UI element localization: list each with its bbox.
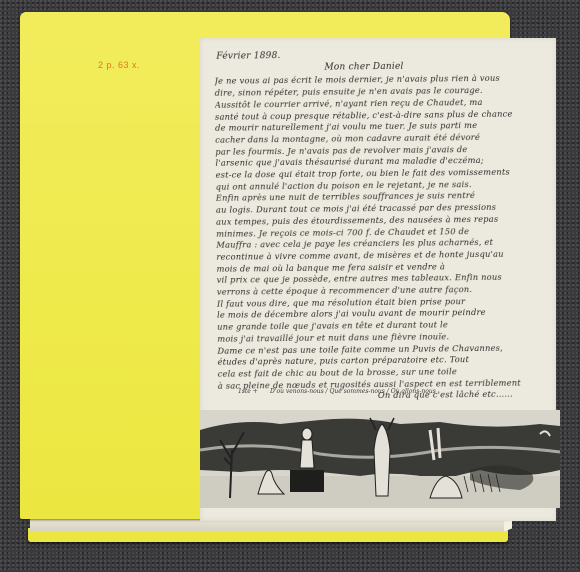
ink-sketch-illustration <box>200 410 560 508</box>
handwritten-letter: Février 1898. Mon cher Daniel Je ne vous… <box>214 48 547 381</box>
book-back-cover: 2 p. 63 x. Février 1898. Mon cher Daniel… <box>20 12 510 519</box>
letter-salutation: Mon cher Daniel <box>324 60 544 74</box>
book: 2 p. 63 x. Février 1898. Mon cher Daniel… <box>20 12 510 557</box>
sketch-figures-icon <box>200 410 560 508</box>
margin-note-left: 1ste + <box>238 388 258 395</box>
facsimile-plate: Février 1898. Mon cher Daniel Je ne vous… <box>200 38 556 521</box>
margin-notes: 1ste + D'où venons-nous / Que sommes-nou… <box>238 388 258 395</box>
margin-note-right: D'où venons-nous / Que sommes-nous / Où … <box>270 388 436 395</box>
reference-code-stamp: 2 p. 63 x. <box>98 60 140 70</box>
